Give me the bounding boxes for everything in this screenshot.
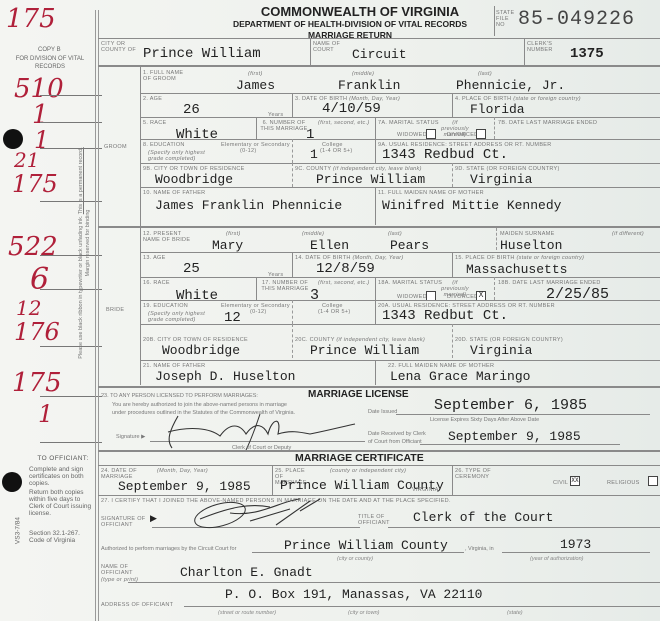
city-hint: (city or town) [348,610,379,616]
hint: (last) [478,71,492,77]
court-value: Circuit [352,47,407,62]
divider [140,117,660,118]
authorization-year: 1973 [560,537,591,552]
divider [140,67,141,227]
hint: (middle) [302,231,324,237]
handwritten-code: 175 [6,4,56,34]
margin-rule [40,346,102,347]
hint: (last) [388,231,402,237]
virginia-in-label: , Virginia, in [465,546,494,552]
bride-number-marriage: 3 [310,287,319,304]
state-hint: (state) [507,610,523,616]
bride-age-label: 13. AGE [143,255,166,261]
marriage-date: September 9, 1985 [118,479,251,494]
divider [140,187,660,188]
divider [140,300,660,301]
license-title: MARRIAGE LICENSE [308,389,409,400]
civil-checkbox[interactable]: XX [570,476,580,486]
divider [452,163,453,187]
groom-residence: 1343 Redbud Ct. [382,147,508,163]
divider [98,65,660,67]
religious-label: RELIGIOUS [607,480,640,486]
officiant-name: Charlton E. Gnadt [180,565,313,580]
divider [452,465,453,495]
divider [292,324,293,358]
bride-pob: Massachusetts [466,262,567,277]
margin-rule [40,122,102,123]
binder-hole [3,129,23,149]
bride-marital-label: 18a. MARITAL STATUS [378,280,442,286]
groom-education-label: 8. EDUCATION [143,142,185,148]
divider [292,300,293,324]
margin-rule [40,442,102,443]
copy-label: COPY B [38,47,61,53]
clerk-number-label: CLERK'S NUMBER [527,41,563,53]
court-label: NAME OF COURT [313,41,343,53]
divider [256,277,257,300]
margin-rule [40,396,102,397]
groom-middle-name: Franklin [338,78,400,93]
hint: (first) [226,231,241,237]
year-line [502,552,650,553]
college-range: (1-4 or 5+) [318,309,351,315]
binder-hole [2,472,22,492]
year-hint: (year of authorization) [530,556,584,562]
officiant-signature [190,497,330,531]
hint: (first, second, etc.) [318,280,370,286]
divider [98,38,660,39]
marriage-return-form: 175 COPY B FOR DIVISION OF VITAL RECORDS… [0,0,660,621]
groom-marital-label: 7a. MARITAL STATUS [378,120,439,126]
date-issued: September 6, 1985 [434,397,587,414]
margin-rule [40,201,102,202]
groom-city: Woodbridge [155,172,233,187]
place-state: VIRGINIA [412,487,439,493]
college-range: (1-4 or 5+) [320,148,353,154]
state-file-number: 85-049226 [518,8,635,31]
department-title: DEPARTMENT OF HEALTH-DIVISION OF VITAL R… [200,19,500,29]
handwritten-code: 12 [16,296,41,320]
divider [292,252,293,277]
handwritten-code: 176 [14,318,60,346]
ink-note: Please use black ribbon in typewriter or… [78,216,84,359]
license-expiry-note: License Expires Sixty Days After Above D… [430,417,539,423]
date-issued-label: Date Issued [368,409,397,415]
divider [140,277,660,278]
hint: (middle) [352,71,374,77]
hint: (first, second, etc.) [318,120,370,126]
groom-college: 1 [310,147,318,162]
elementary-range: (0-12) [240,148,256,154]
date-received: September 9, 1985 [448,429,581,444]
to-officiant-instruction-2: Return both copies within five days to C… [29,489,95,517]
groom-race-label: 5. RACE [143,120,167,126]
date-received-label: Date Received by Clerk of Court from Off… [368,430,428,446]
divider [98,495,660,496]
ceremony-type-label: 26. TYPE OF CEREMONY [455,468,491,480]
elementary-range: (0-12) [250,309,266,315]
hint: (Specify only highest grade completed) [148,150,208,162]
groom-last-name: Phennicie, Jr. [456,78,565,93]
license-line-1: 23. TO ANY PERSON LICENSED TO PERFORM MA… [101,393,258,399]
handwritten-code: 6 [30,262,49,297]
groom-section-label: GROOM [104,144,127,150]
widowed-label: WIDOWED [397,132,427,138]
bride-county: Prince William [310,343,419,358]
bride-section-label: BRIDE [106,307,124,313]
date-received-line [420,444,620,445]
binding-notes: Please use black ribbon in typewriter or… [76,125,86,385]
bride-name-label: 12. PRESENT NAME OF BRIDE [143,231,193,243]
divider [256,117,257,139]
divider [140,324,660,325]
license-line-2: You are hereby authorized to join the ab… [112,402,287,408]
clerk-number-value: 1375 [570,46,604,62]
state-title: COMMONWEALTH OF VIRGINIA [230,4,490,19]
to-officiant-title: TO OFFICIANT: [30,455,96,462]
officiant-title-label: TITLE OF OFFICIANT [358,514,394,526]
divider [292,93,293,117]
groom-last-marriage-label: 7b. DATE LAST MARRIAGE ENDED [498,120,597,126]
officiant-name-label: NAME OF OFFICIANT [101,564,141,576]
divider [292,163,293,187]
hint: (Specify only highest grade completed) [148,311,208,323]
bride-education-label: 19. EDUCATION [143,303,188,309]
groom-mother: Winifred Mittie Kennedy [382,198,561,213]
officiant-signature-label: SIGNATURE OF OFFICIANT [101,516,151,528]
authorized-label: Authorized to perform marriages by the C… [101,546,236,552]
form-border [95,10,96,621]
signature-label: Signature ▶ [116,434,145,440]
divider [98,226,660,228]
divider [452,324,453,358]
bride-mother: Lena Grace Maringo [390,369,530,384]
bride-number-marriage-label: 17. NUMBER OF THIS MARRIAGE [259,280,311,292]
margin-rule [40,95,102,96]
bride-dob: 12/8/59 [316,261,375,277]
groom-mother-label: 11. FULL MAIDEN NAME OF MOTHER [378,190,484,196]
street-hint: (street or route number) [218,610,276,616]
civil-label: CIVIL [553,480,568,486]
handwritten-code: 175 [12,368,62,398]
divider [494,277,495,300]
bride-race: White [176,288,218,304]
groom-number-marriage-label: 6. NUMBER OF THIS MARRIAGE [259,120,309,132]
groom-state: Virginia [470,172,532,187]
divider [375,360,376,385]
divider [375,277,376,300]
form-border [98,10,99,621]
divider [524,38,525,65]
date-issued-line [396,414,650,415]
bride-state: Virginia [470,343,532,358]
divorced-label: DIVORCED [447,132,478,138]
groom-name-label: 1. FULL NAME OF GROOM [143,70,193,82]
bride-race-label: 16. RACE [143,280,170,286]
divider [494,6,495,36]
certificate-title: MARRIAGE CERTIFICATE [295,452,424,464]
groom-dob: 4/10/59 [322,101,381,117]
religious-checkbox[interactable] [648,476,658,486]
state-file-label: STATE FILE NO [496,10,510,28]
bride-last-name: Pears [390,238,429,253]
hint: (Month, Day, Year) [157,468,208,474]
divider [140,93,660,94]
hint: (county or independent city) [330,468,406,474]
divider [98,465,660,466]
pointer-icon: ▶ [150,513,157,524]
divider [375,187,376,225]
groom-number-marriage: 1 [306,127,314,143]
groom-divorced-checkbox[interactable] [476,129,486,139]
divider [140,139,660,140]
divider [375,117,376,139]
permanent-record-note: This is a permanent record. [78,147,84,214]
divider [375,300,376,324]
handwritten-code: 1 [38,400,53,428]
bride-father: Joseph D. Huselton [155,369,295,384]
binding-note: Margin reserved for binding [85,113,91,373]
divider [375,139,376,163]
officiant-address-line [184,606,660,607]
groom-race: White [176,127,218,143]
city-county-value: Prince William [143,46,261,62]
divider [140,252,660,253]
divider [140,360,660,361]
officiant-address: P. O. Box 191, Manassas, VA 22110 [225,587,482,602]
groom-father-label: 10. NAME OF FATHER [143,190,205,196]
divider [310,38,311,65]
margin-rule [40,255,102,256]
copy-description: FOR DIVISION OF VITAL RECORDS [6,55,94,71]
groom-county: Prince William [316,172,425,187]
officiant-title-line [388,527,660,528]
form-id: VS3-7/84 [15,511,22,551]
bride-middle-name: Ellen [310,238,349,253]
handwritten-code: 175 [12,170,58,198]
hint: (first) [248,71,263,77]
officiant-name-line [128,582,660,583]
divider [452,252,453,277]
margin-rule [40,148,102,149]
divider [292,139,293,163]
bride-residence: 1343 Redbut Ct. [382,308,508,324]
groom-widowed-checkbox[interactable] [426,129,436,139]
groom-first-name: James [236,78,275,93]
handwritten-code: 522 [8,232,58,262]
groom-father: James Franklin Phennicie [155,198,342,213]
bride-maiden-label: MAIDEN SURNAME [500,231,555,237]
groom-age: 26 [183,102,200,118]
groom-age-label: 2. AGE [143,96,162,102]
divider [452,93,453,117]
divider [98,386,660,388]
divider [272,465,273,495]
code-reference: Section 32.1-267. Code of Virginia [29,530,95,544]
officiant-title: Clerk of the Court [413,510,553,525]
authorized-county: Prince William County [284,538,448,553]
margin-rule [40,289,102,290]
to-officiant-instruction-1: Complete and sign certificates on both c… [29,466,95,487]
hint: (if different) [612,231,644,237]
divider [494,117,495,139]
bride-age: 25 [183,261,200,277]
divider [496,228,497,250]
bride-first-name: Mary [212,238,243,253]
city-county-label: CITY OR COUNTY OF [101,41,143,53]
officiant-address-label: ADDRESS OF OFFICIANT [101,602,173,608]
groom-pob: Florida [470,102,525,117]
bride-maiden-surname: Huselton [500,238,562,253]
divider [140,163,660,164]
bride-pob-label: 15. PLACE OF BIRTH (state or foreign cou… [455,255,584,261]
handwritten-code: 21 [14,148,39,172]
city-county-hint: (city or county) [337,556,373,562]
bride-city: Woodbridge [162,343,240,358]
